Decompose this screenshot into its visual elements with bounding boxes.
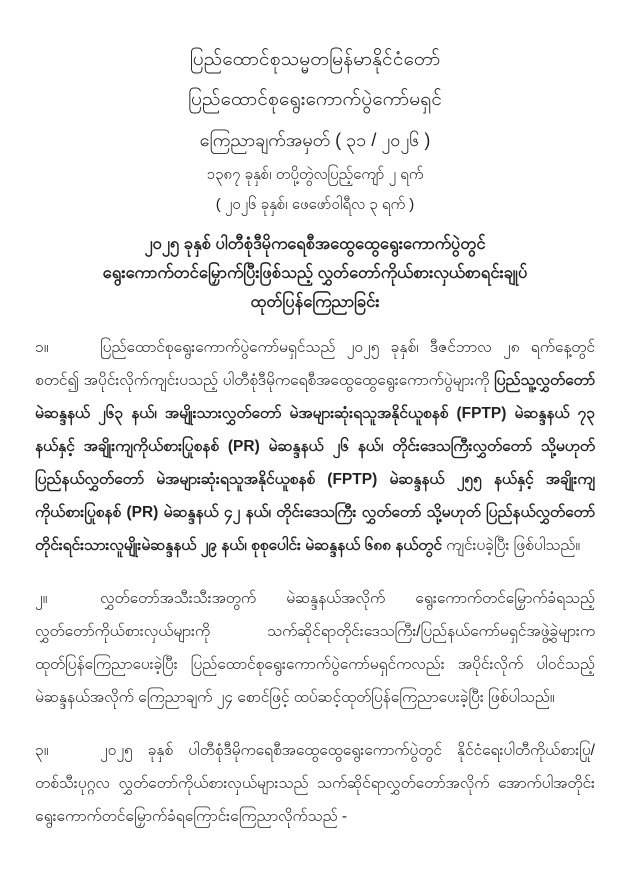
gregorian-date: ( ၂၀၂၆ ခုနှစ်၊ ဖေဖော်ဝါရီလ ၃ ရက် ) (0, 190, 630, 220)
paragraph-2-text: လွှတ်တော်အသီးသီးအတွက် မဲဆန္ဒနယ်အလိုက် ရွ… (35, 590, 595, 706)
announcement-document-page: ပြည်ထောင်စုသမ္မတမြန်မာနိုင်ငံတော် ပြည်ထေ… (0, 0, 630, 875)
paragraph-3: ၃။၂၀၂၅ ခုနှစ် ပါတီစုံဒီမိုကရေစီအထွေထွေရွ… (35, 734, 595, 833)
subject-line-1: ၂၀၂၅ ခုနှစ် ပါတီစုံဒီမိုကရေစီအထွေထွေရွေး… (0, 230, 630, 259)
subject-line-3: ထုတ်ပြန်ကြေညာခြင်း (0, 288, 630, 317)
paragraph-1-text: ပြည်ထောင်စုရွေးကောက်ပွဲကော်မရှင်သည် ၂၀၂၅… (35, 339, 595, 554)
paragraph-3-text: ၂၀၂၅ ခုနှစ် ပါတီစုံဒီမိုကရေစီအထွေထွေရွေး… (35, 742, 595, 825)
subject-line-2: ရွေးကောက်တင်မြှောက်ပြီးဖြစ်သည့် လွှတ်တော… (0, 259, 630, 288)
paragraph-2-number: ၂။ (35, 582, 100, 615)
paragraph-1: ၁။ပြည်ထောင်စုရွေးကောက်ပွဲကော်မရှင်သည် ၂၀… (35, 331, 595, 562)
paragraph-2: ၂။လွှတ်တော်အသီးသီးအတွက် မဲဆန္ဒနယ်အလိုက် … (35, 582, 595, 714)
paragraph-1-number: ၁။ (35, 331, 100, 364)
document-body: ၁။ပြည်ထောင်စုရွေးကောက်ပွဲကော်မရှင်သည် ၂၀… (35, 331, 595, 833)
subject-heading: ၂၀၂၅ ခုနှစ် ပါတီစုံဒီမိုကရေစီအထွေထွေရွေး… (0, 230, 630, 317)
announcement-number: ကြေညာချက်အမှတ် ( ၃၁ / ၂၀၂၆ ) (0, 120, 630, 160)
paragraph-3-number: ၃။ (35, 734, 100, 767)
myanmar-calendar-date: ၁၃၈၇ ခုနှစ်၊ တပို့တွဲလပြည့်ကျော် ၂ ရက် (0, 160, 630, 190)
commission-title: ပြည်ထောင်စုရွေးကောက်ပွဲကော်မရှင် (0, 80, 630, 120)
state-title: ပြည်ထောင်စုသမ္မတမြန်မာနိုင်ငံတော် (0, 40, 630, 80)
